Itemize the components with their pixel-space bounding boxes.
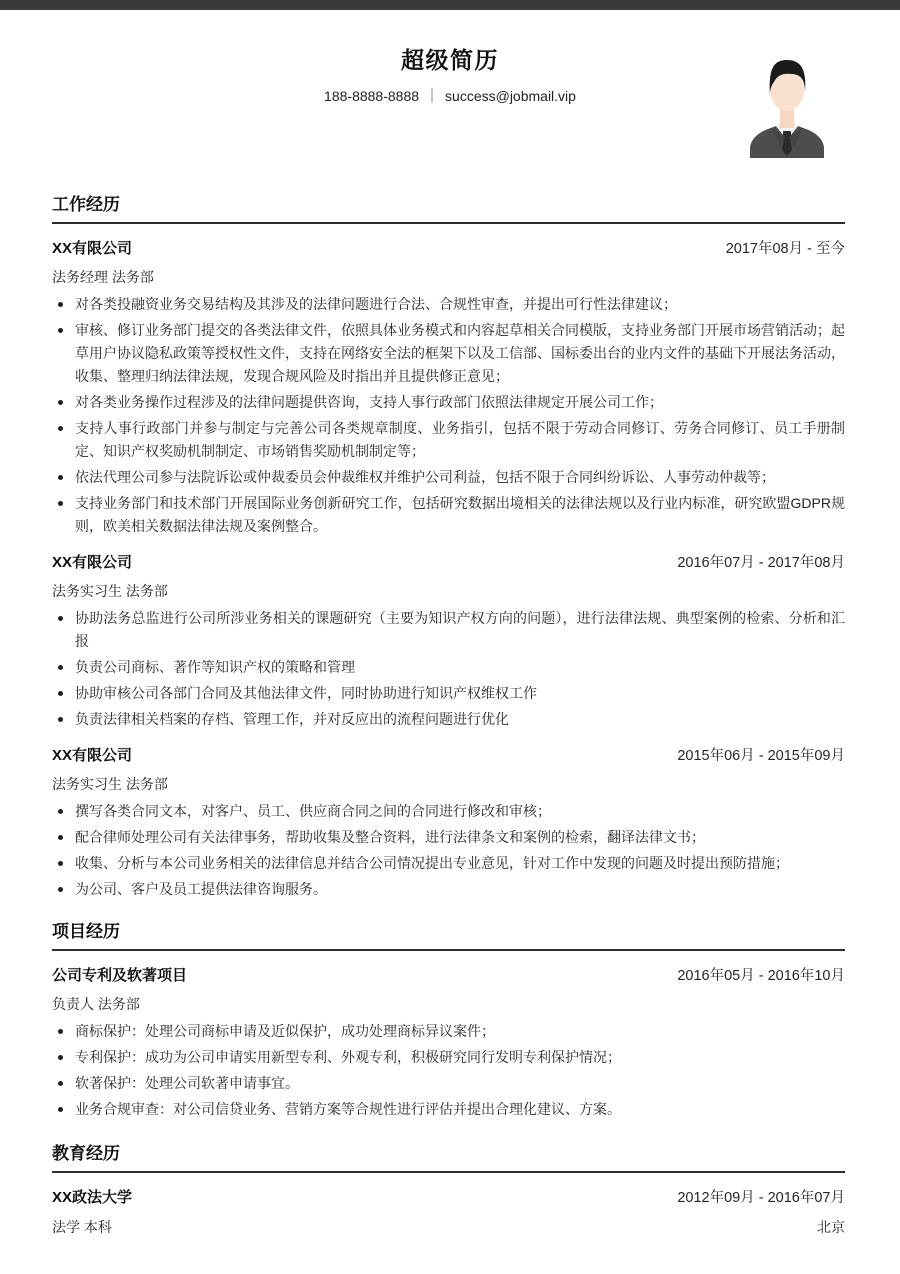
project-entry: 公司专利及软著项目 2016年05月 - 2016年10月 负责人 法务部 商标… xyxy=(52,964,845,1121)
bullet-item: 为公司、客户及员工提供法律咨询服务。 xyxy=(52,878,845,901)
entry-date: 2016年07月 - 2017年08月 xyxy=(677,551,845,572)
phone-number: 188-8888-8888 xyxy=(324,88,419,104)
section-title-project: 项目经历 xyxy=(52,921,845,951)
project-name: 公司专利及软著项目 xyxy=(52,965,187,986)
bullet-item: 收集、分析与本公司业务相关的法律信息并结合公司情况提出专业意见，针对工作中发现的… xyxy=(52,852,845,875)
bullet-item: 审核、修订业务部门提交的各类法律文件，依照具体业务模式和内容起草相关合同模版，支… xyxy=(52,319,845,388)
entry-header: XX政法大学 2012年09月 - 2016年07月 xyxy=(52,1186,845,1208)
entry-role: 法务实习生 法务部 xyxy=(52,581,845,601)
avatar xyxy=(744,52,830,158)
company-name: XX有限公司 xyxy=(52,745,132,766)
bullet-item: 撰写各类合同文本，对客户、员工、供应商合同之间的合同进行修改和审核； xyxy=(52,800,845,823)
bullet-item: 协助法务总监进行公司所涉业务相关的课题研究（主要为知识产权方向的问题），进行法律… xyxy=(52,607,845,653)
entry-header: XX有限公司 2016年07月 - 2017年08月 xyxy=(52,551,845,573)
work-entry: XX有限公司 2017年08月 - 至今 法务经理 法务部 对各类投融资业务交易… xyxy=(52,237,845,538)
bullet-list: 撰写各类合同文本，对客户、员工、供应商合同之间的合同进行修改和审核； 配合律师处… xyxy=(52,800,845,901)
bullet-list: 协助法务总监进行公司所涉业务相关的课题研究（主要为知识产权方向的问题），进行法律… xyxy=(52,607,845,731)
bullet-item: 负责法律相关档案的存档、管理工作，并对反应出的流程问题进行优化 xyxy=(52,708,845,731)
education-entry: XX政法大学 2012年09月 - 2016年07月 法学 本科 北京 xyxy=(52,1186,845,1237)
entry-role: 法务经理 法务部 xyxy=(52,267,845,287)
bullet-item: 负责公司商标、著作等知识产权的策略和管理 xyxy=(52,656,845,679)
bullet-list: 对各类投融资业务交易结构及其涉及的法律问题进行合法、合规性审查，并提出可行性法律… xyxy=(52,293,845,538)
education-section: 教育经历 XX政法大学 2012年09月 - 2016年07月 法学 本科 北京 xyxy=(52,1143,845,1237)
work-entry: XX有限公司 2016年07月 - 2017年08月 法务实习生 法务部 协助法… xyxy=(52,551,845,731)
bullet-item: 商标保护：处理公司商标申请及近似保护，成功处理商标异议案件； xyxy=(52,1020,845,1043)
school-location: 北京 xyxy=(817,1217,845,1237)
major-degree: 法学 本科 xyxy=(52,1217,112,1237)
page-top-accent-bar xyxy=(0,0,900,10)
work-experience-section: 工作经历 XX有限公司 2017年08月 - 至今 法务经理 法务部 对各类投融… xyxy=(52,194,845,901)
entry-header: XX有限公司 2017年08月 - 至今 xyxy=(52,237,845,259)
section-title-work: 工作经历 xyxy=(52,194,845,224)
person-icon xyxy=(744,52,830,158)
company-name: XX有限公司 xyxy=(52,238,132,259)
bullet-item: 协助审核公司各部门合同及其他法律文件，同时协助进行知识产权维权工作 xyxy=(52,682,845,705)
bullet-list: 商标保护：处理公司商标申请及近似保护，成功处理商标异议案件； 专利保护：成功为公… xyxy=(52,1020,845,1121)
bullet-item: 软著保护：处理公司软著申请事宜。 xyxy=(52,1072,845,1095)
entry-header: 公司专利及软著项目 2016年05月 - 2016年10月 xyxy=(52,964,845,986)
education-detail-row: 法学 本科 北京 xyxy=(52,1217,845,1237)
entry-header: XX有限公司 2015年06月 - 2015年09月 xyxy=(52,744,845,766)
contact-separator: ｜ xyxy=(425,88,439,104)
bullet-item: 专利保护：成功为公司申请实用新型专利、外观专利，积极研究同行发明专利保护情况； xyxy=(52,1046,845,1069)
entry-role: 法务实习生 法务部 xyxy=(52,774,845,794)
bullet-item: 对各类业务操作过程涉及的法律问题提供咨询，支持人事行政部门依照法律规定开展公司工… xyxy=(52,391,845,414)
project-experience-section: 项目经历 公司专利及软著项目 2016年05月 - 2016年10月 负责人 法… xyxy=(52,921,845,1121)
email-address: success@jobmail.vip xyxy=(445,88,576,104)
bullet-item: 配合律师处理公司有关法律事务，帮助收集及整合资料，进行法律条文和案例的检索，翻译… xyxy=(52,826,845,849)
entry-date: 2012年09月 - 2016年07月 xyxy=(677,1186,845,1207)
work-entry: XX有限公司 2015年06月 - 2015年09月 法务实习生 法务部 撰写各… xyxy=(52,744,845,901)
company-name: XX有限公司 xyxy=(52,552,132,573)
entry-date: 2016年05月 - 2016年10月 xyxy=(677,964,845,985)
entry-date: 2017年08月 - 至今 xyxy=(726,237,845,258)
school-name: XX政法大学 xyxy=(52,1187,132,1208)
resume-body: 工作经历 XX有限公司 2017年08月 - 至今 法务经理 法务部 对各类投融… xyxy=(0,194,900,1237)
bullet-item: 对各类投融资业务交易结构及其涉及的法律问题进行合法、合规性审查，并提出可行性法律… xyxy=(52,293,845,316)
entry-date: 2015年06月 - 2015年09月 xyxy=(677,744,845,765)
section-title-education: 教育经历 xyxy=(52,1143,845,1173)
entry-role: 负责人 法务部 xyxy=(52,994,845,1014)
bullet-item: 依法代理公司参与法院诉讼或仲裁委员会仲裁维权并维护公司利益，包括不限于合同纠纷诉… xyxy=(52,466,845,489)
bullet-item: 支持人事行政部门并参与制定与完善公司各类规章制度、业务指引，包括不限于劳动合同修… xyxy=(52,417,845,463)
bullet-item: 支持业务部门和技术部门开展国际业务创新研究工作，包括研究数据出境相关的法律法规以… xyxy=(52,492,845,538)
bullet-item: 业务合规审查：对公司信贷业务、营销方案等合规性进行评估并提出合理化建议、方案。 xyxy=(52,1098,845,1121)
